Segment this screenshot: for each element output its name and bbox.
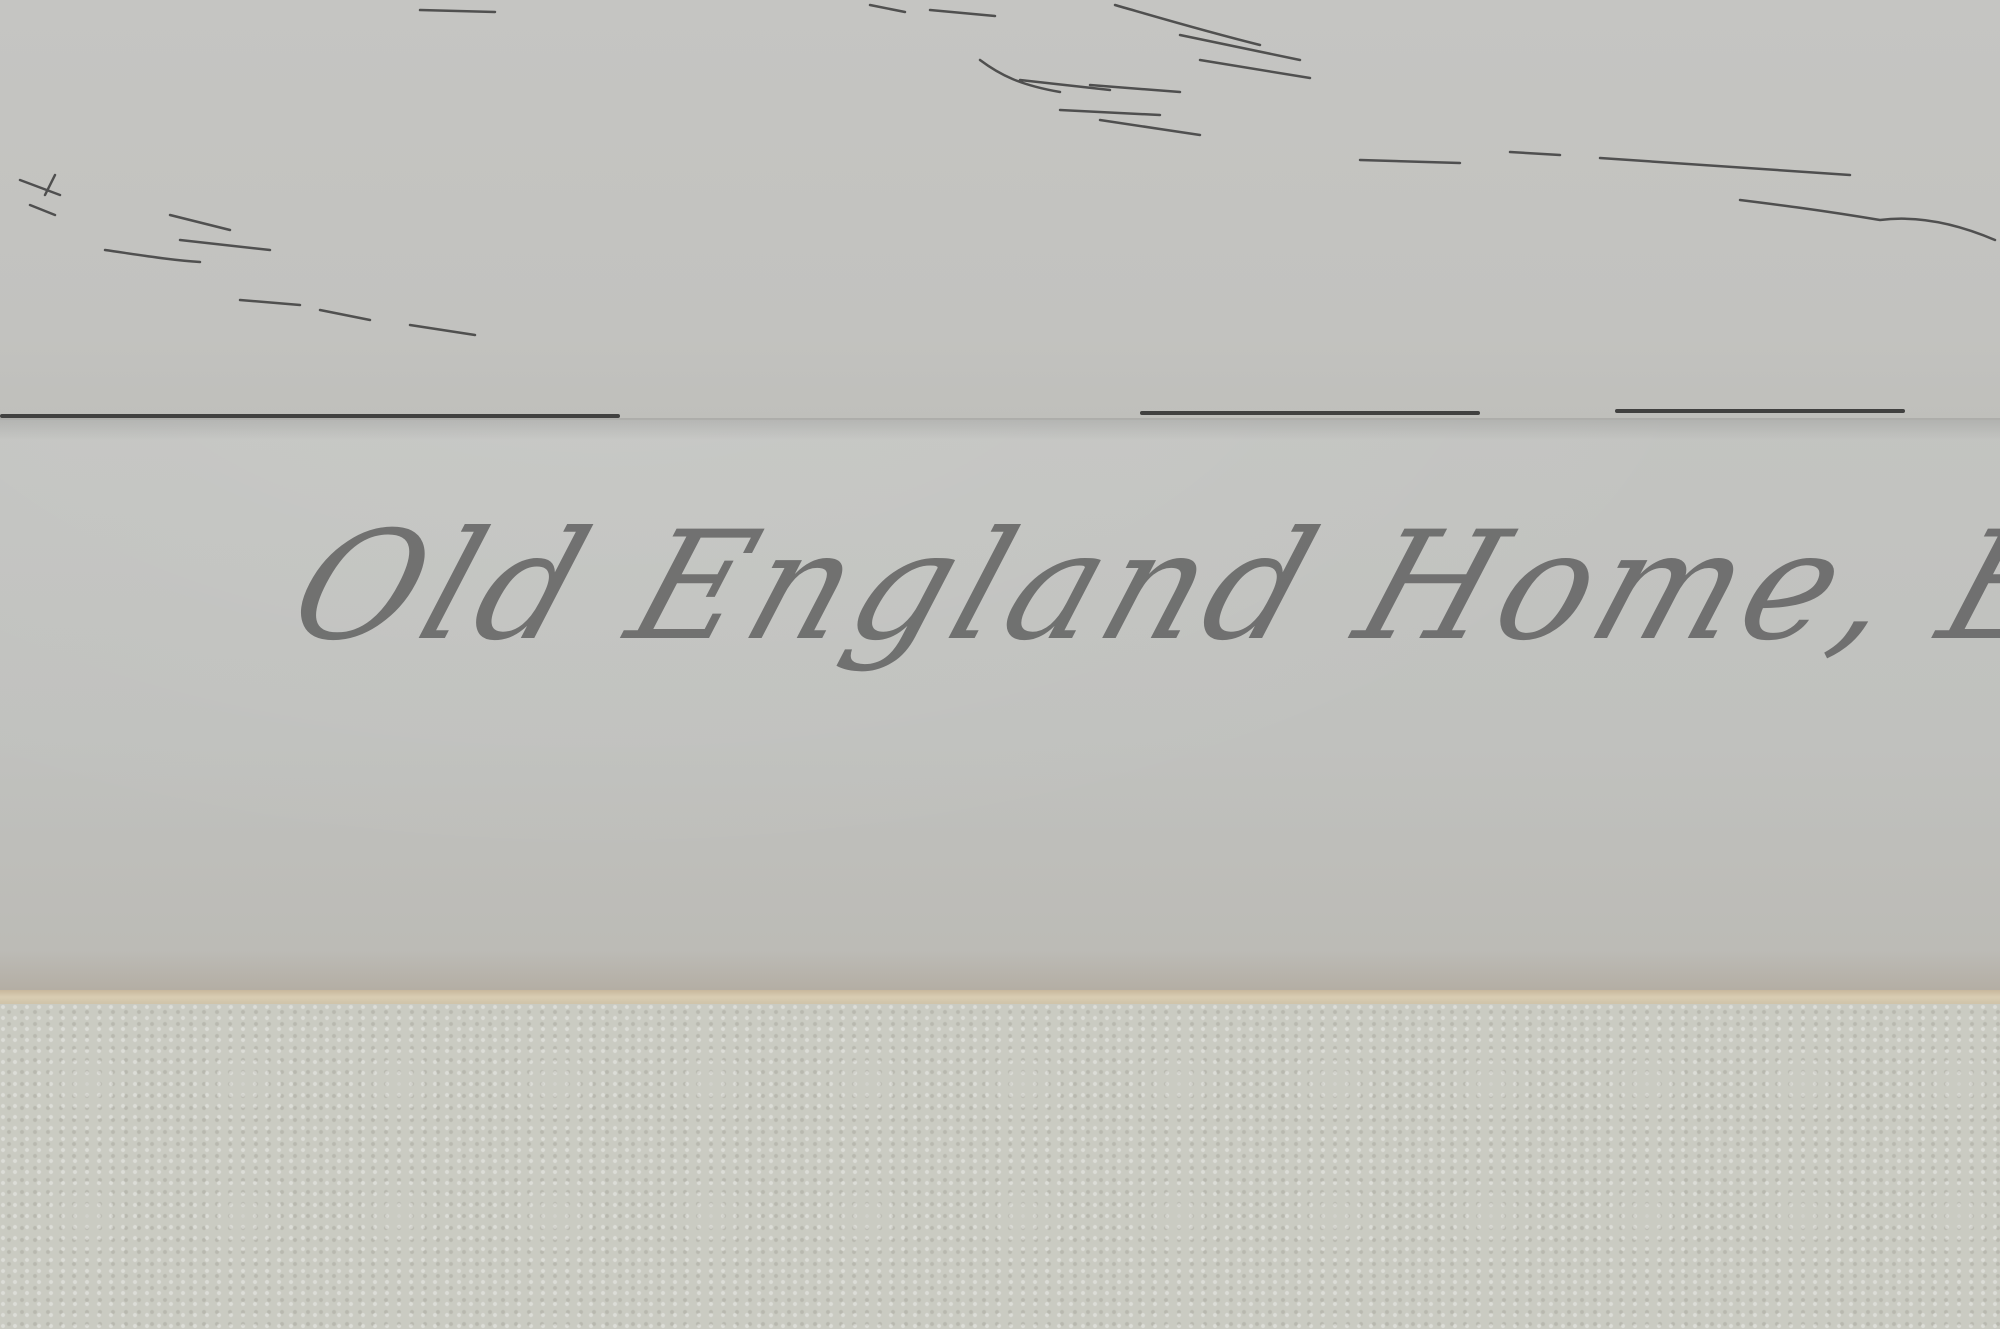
plate-mark-shadow [0, 418, 2000, 440]
textured-mat-board [0, 1004, 2000, 1329]
etching-paper: Old England Home, Etc [0, 0, 2000, 990]
script-caption: Old England Home, Etc [272, 500, 2000, 674]
sketch-strokes-icon [0, 0, 2000, 420]
mat-bevel-edge [0, 990, 2000, 1004]
plate-border-line-middle [1140, 411, 1480, 415]
plate-border-line-right [1615, 409, 1905, 413]
